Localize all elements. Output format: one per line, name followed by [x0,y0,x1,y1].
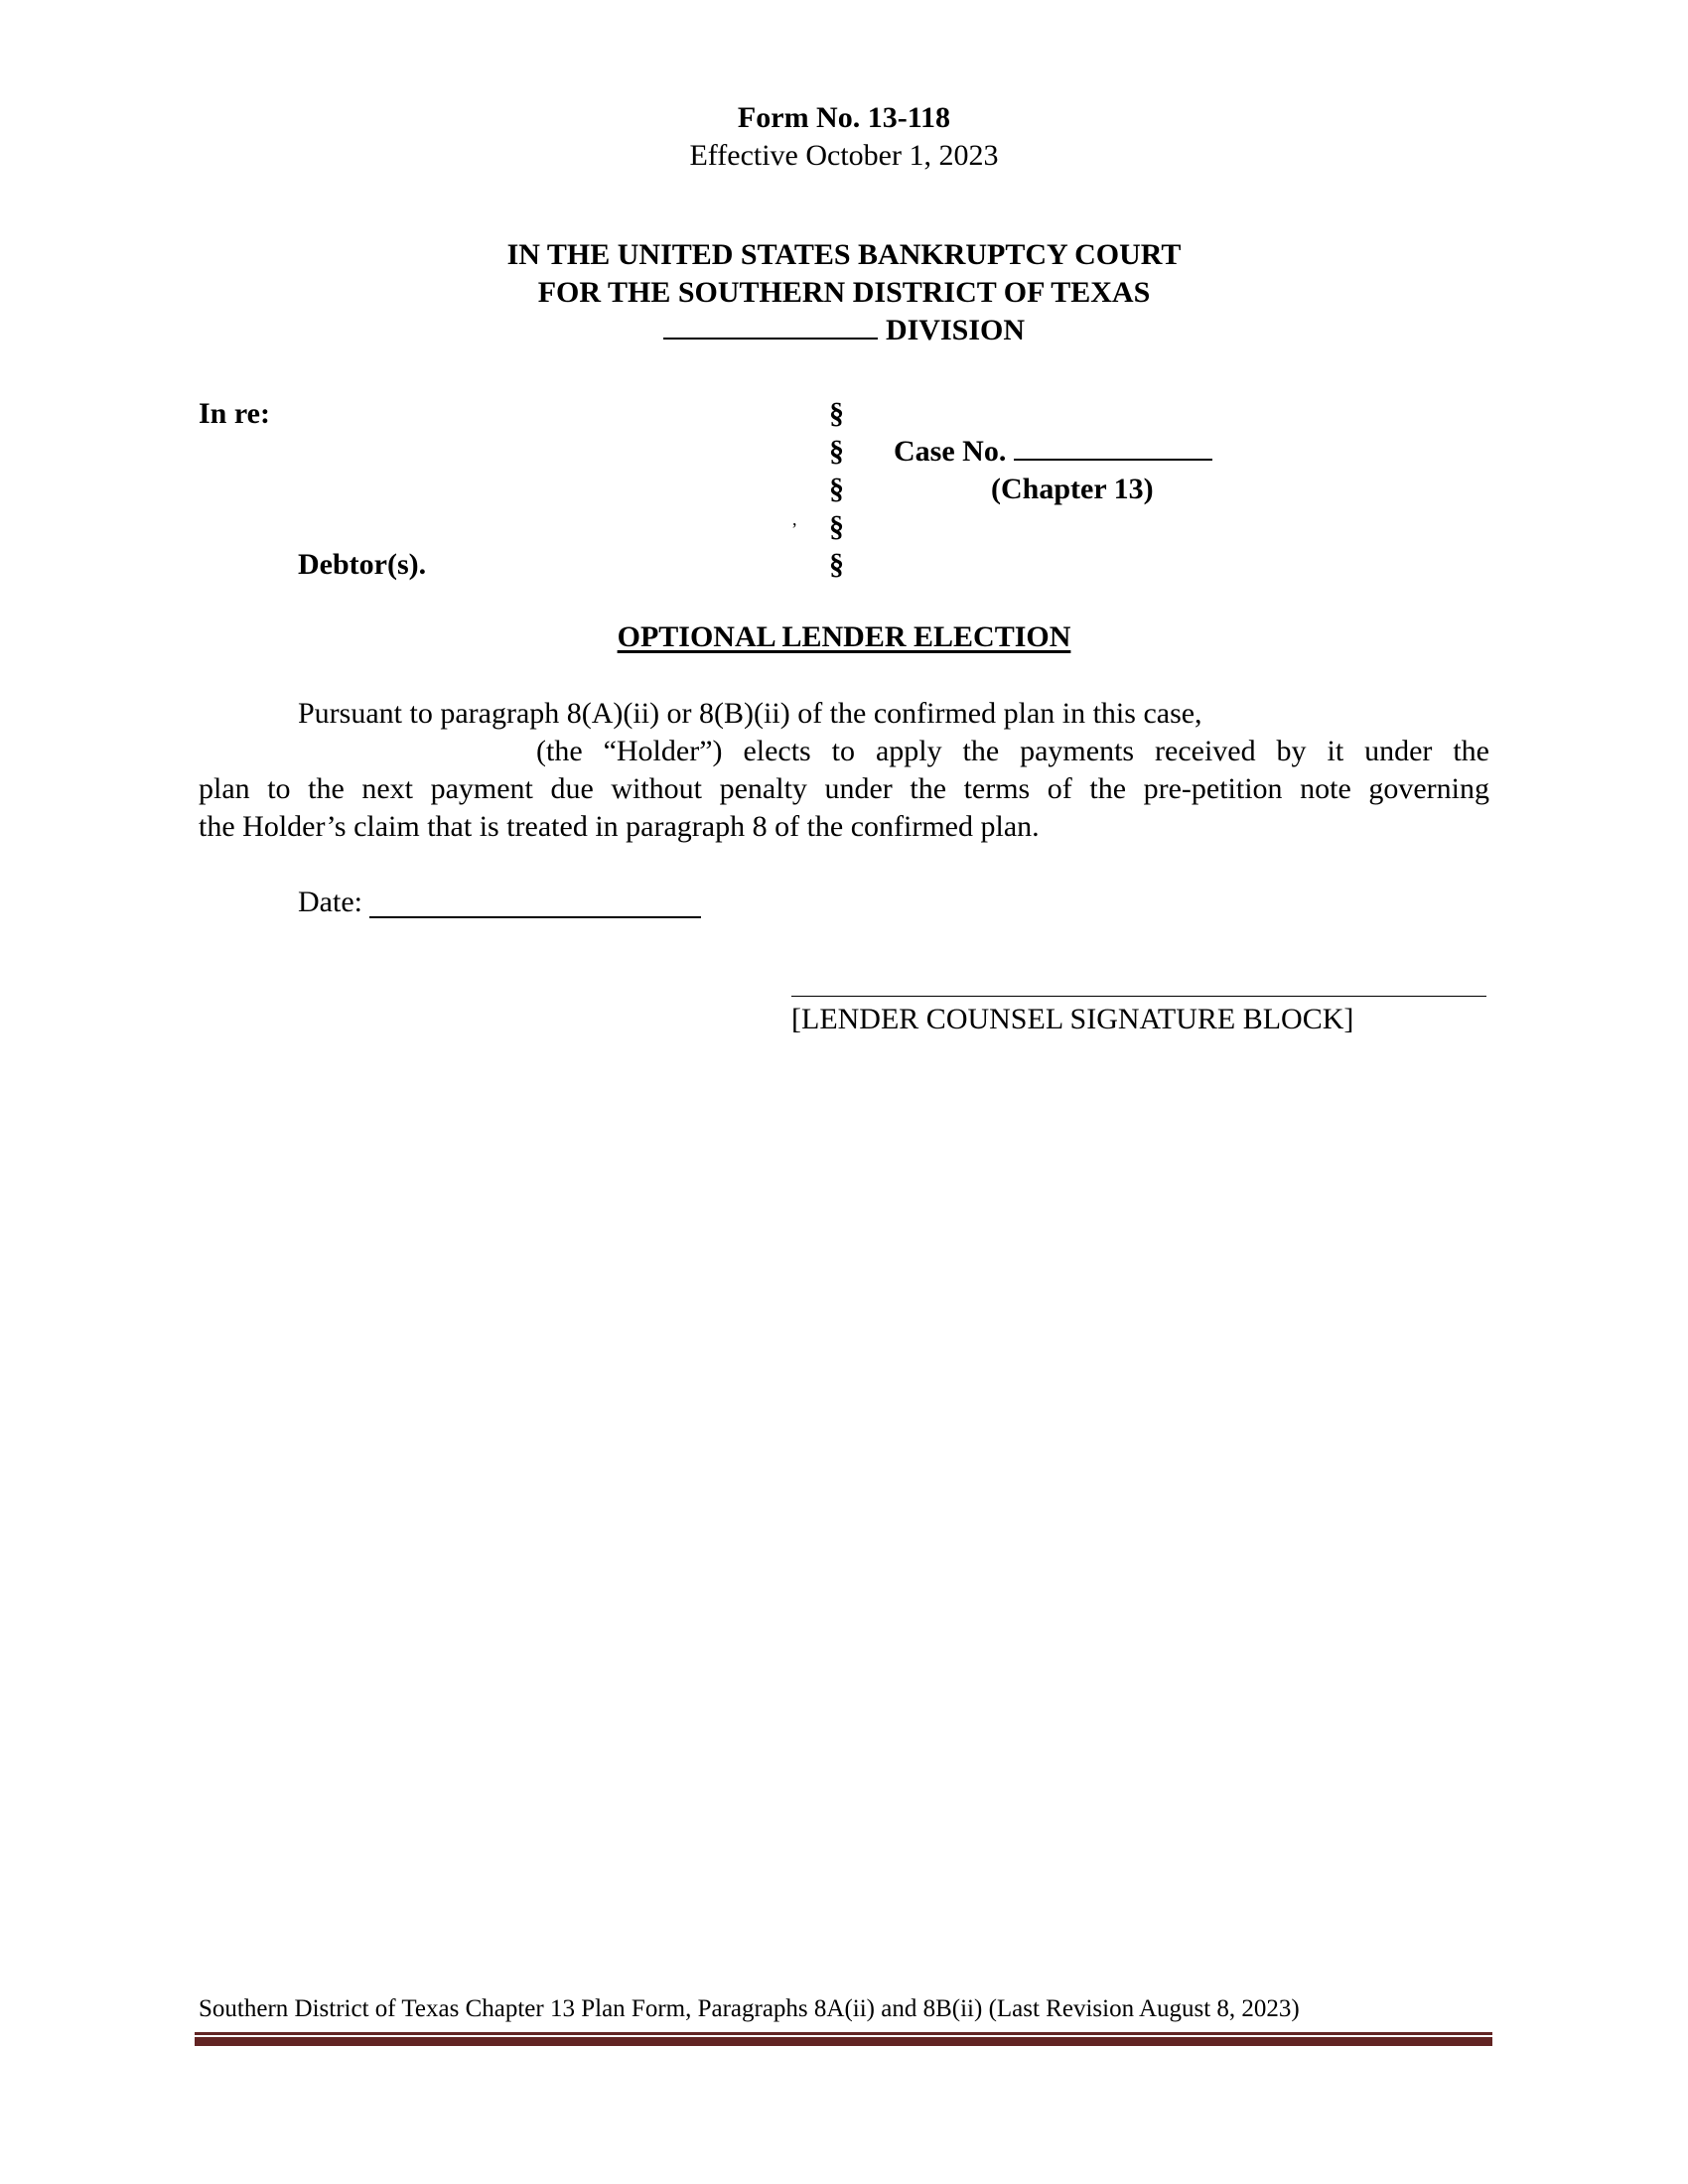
court-name-line-2: FOR THE SOUTHERN DISTRICT OF TEXAS [0,274,1688,312]
debtor-label: Debtor(s). [298,546,426,584]
division-label: DIVISION [886,314,1025,346]
document-title: OPTIONAL LENDER ELECTION [0,618,1688,656]
case-number-blank-field[interactable] [1014,433,1212,461]
footer-rule-thin [195,2032,1492,2035]
paragraph-line: (the “Holder”) elects to apply the payme… [536,733,1489,770]
division-blank-field[interactable] [663,312,878,340]
case-number-label: Case No. [894,435,1006,468]
paragraph-line: the Holder’s claim that is treated in pa… [199,808,1040,846]
signature-line[interactable] [791,996,1486,997]
date-blank-field[interactable] [369,916,701,918]
paragraph-line: plan to the next payment due without pen… [199,770,1489,808]
footer-rule-thick [195,2037,1492,2046]
section-symbol: § [829,433,844,471]
division-line: DIVISION [0,312,1688,349]
signature-block-placeholder: [LENDER COUNSEL SIGNATURE BLOCK] [791,1001,1353,1038]
in-re-label: In re: [199,395,270,433]
stray-comma: , [792,509,797,530]
footer-text: Southern District of Texas Chapter 13 Pl… [199,1994,1300,2024]
chapter-label: (Chapter 13) [991,471,1154,508]
case-number-line: Case No. [894,433,1212,471]
court-name-line-1: IN THE UNITED STATES BANKRUPTCY COURT [0,236,1688,274]
form-number: Form No. 13-118 [0,99,1688,137]
document-title-text: OPTIONAL LENDER ELECTION [618,620,1071,653]
paragraph-line: Pursuant to paragraph 8(A)(ii) or 8(B)(i… [298,695,1202,733]
section-symbol: § [829,546,844,584]
section-symbol: § [829,508,844,546]
date-label: Date: [298,884,362,921]
effective-date: Effective October 1, 2023 [0,137,1688,175]
section-symbol: § [829,395,844,433]
section-symbol: § [829,471,844,508]
